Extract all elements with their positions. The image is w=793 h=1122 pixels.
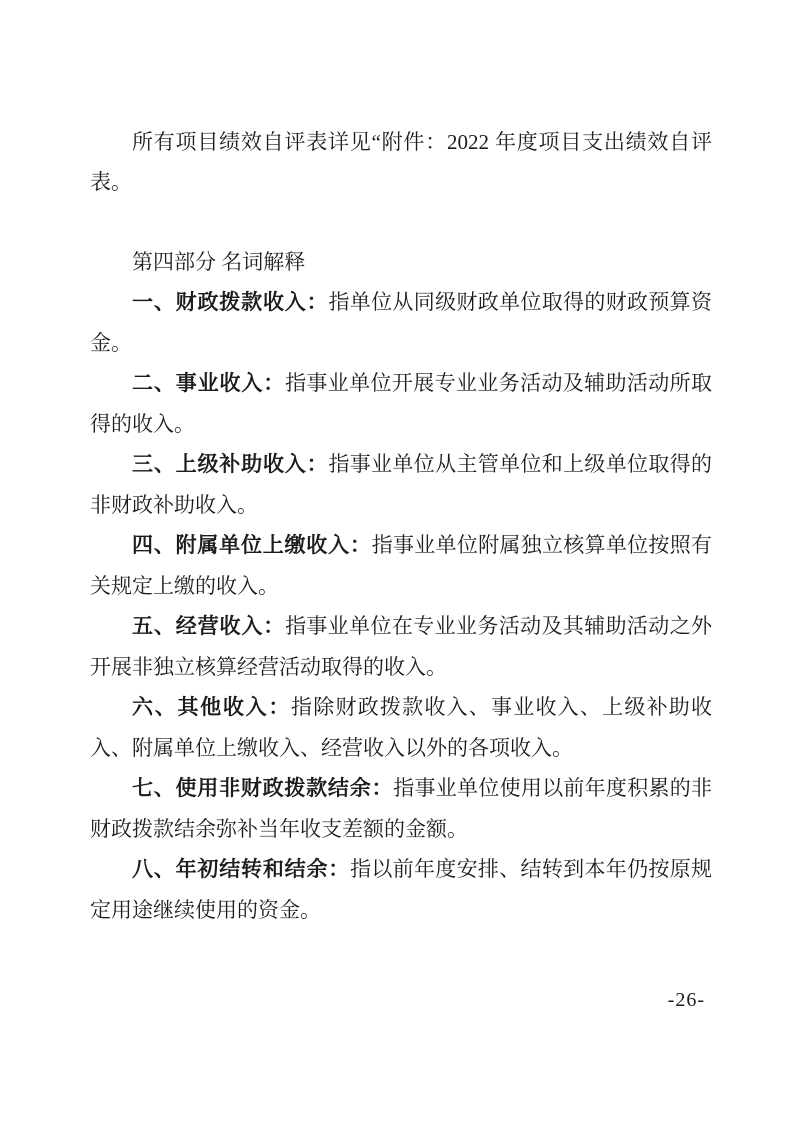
- intro-paragraph: 所有项目绩效自评表详见“附件：2022 年度项目支出绩效自评表。: [90, 122, 712, 202]
- term-label-1: 一、财政拨款收入：: [132, 291, 328, 314]
- term-label-5: 五、经营收入：: [132, 615, 285, 638]
- document-page: 所有项目绩效自评表详见“附件：2022 年度项目支出绩效自评表。 第四部分 名词…: [0, 0, 793, 1122]
- term-item-6: 六、其他收入：指除财政拨款收入、事业收入、上级补助收入、附属单位上缴收入、经营收…: [90, 687, 712, 768]
- term-item-1: 一、财政拨款收入：指单位从同级财政单位取得的财政预算资金。: [90, 282, 712, 363]
- term-label-2: 二、事业收入：: [132, 372, 285, 395]
- term-label-3: 三、上级补助收入：: [132, 453, 328, 476]
- term-item-3: 三、上级补助收入：指事业单位从主管单位和上级单位取得的非财政补助收入。: [90, 444, 712, 525]
- section-title: 第四部分 名词解释: [90, 242, 712, 282]
- document-content: 所有项目绩效自评表详见“附件：2022 年度项目支出绩效自评表。 第四部分 名词…: [90, 122, 712, 930]
- term-item-4: 四、附属单位上缴收入：指事业单位附属独立核算单位按照有关规定上缴的收入。: [90, 525, 712, 606]
- term-item-5: 五、经营收入：指事业单位在专业业务活动及其辅助活动之外开展非独立核算经营活动取得…: [90, 606, 712, 687]
- page-number: -26-: [668, 988, 705, 1012]
- term-label-8: 八、年初结转和结余：: [132, 858, 350, 881]
- term-label-7: 七、使用非财政拨款结余：: [132, 777, 393, 800]
- term-label-4: 四、附属单位上缴收入：: [132, 534, 372, 557]
- term-item-2: 二、事业收入：指事业单位开展专业业务活动及辅助活动所取得的收入。: [90, 363, 712, 444]
- term-label-6: 六、其他收入：: [132, 696, 291, 719]
- term-item-7: 七、使用非财政拨款结余：指事业单位使用以前年度积累的非财政拨款结余弥补当年收支差…: [90, 768, 712, 849]
- term-item-8: 八、年初结转和结余：指以前年度安排、结转到本年仍按原规定用途继续使用的资金。: [90, 849, 712, 930]
